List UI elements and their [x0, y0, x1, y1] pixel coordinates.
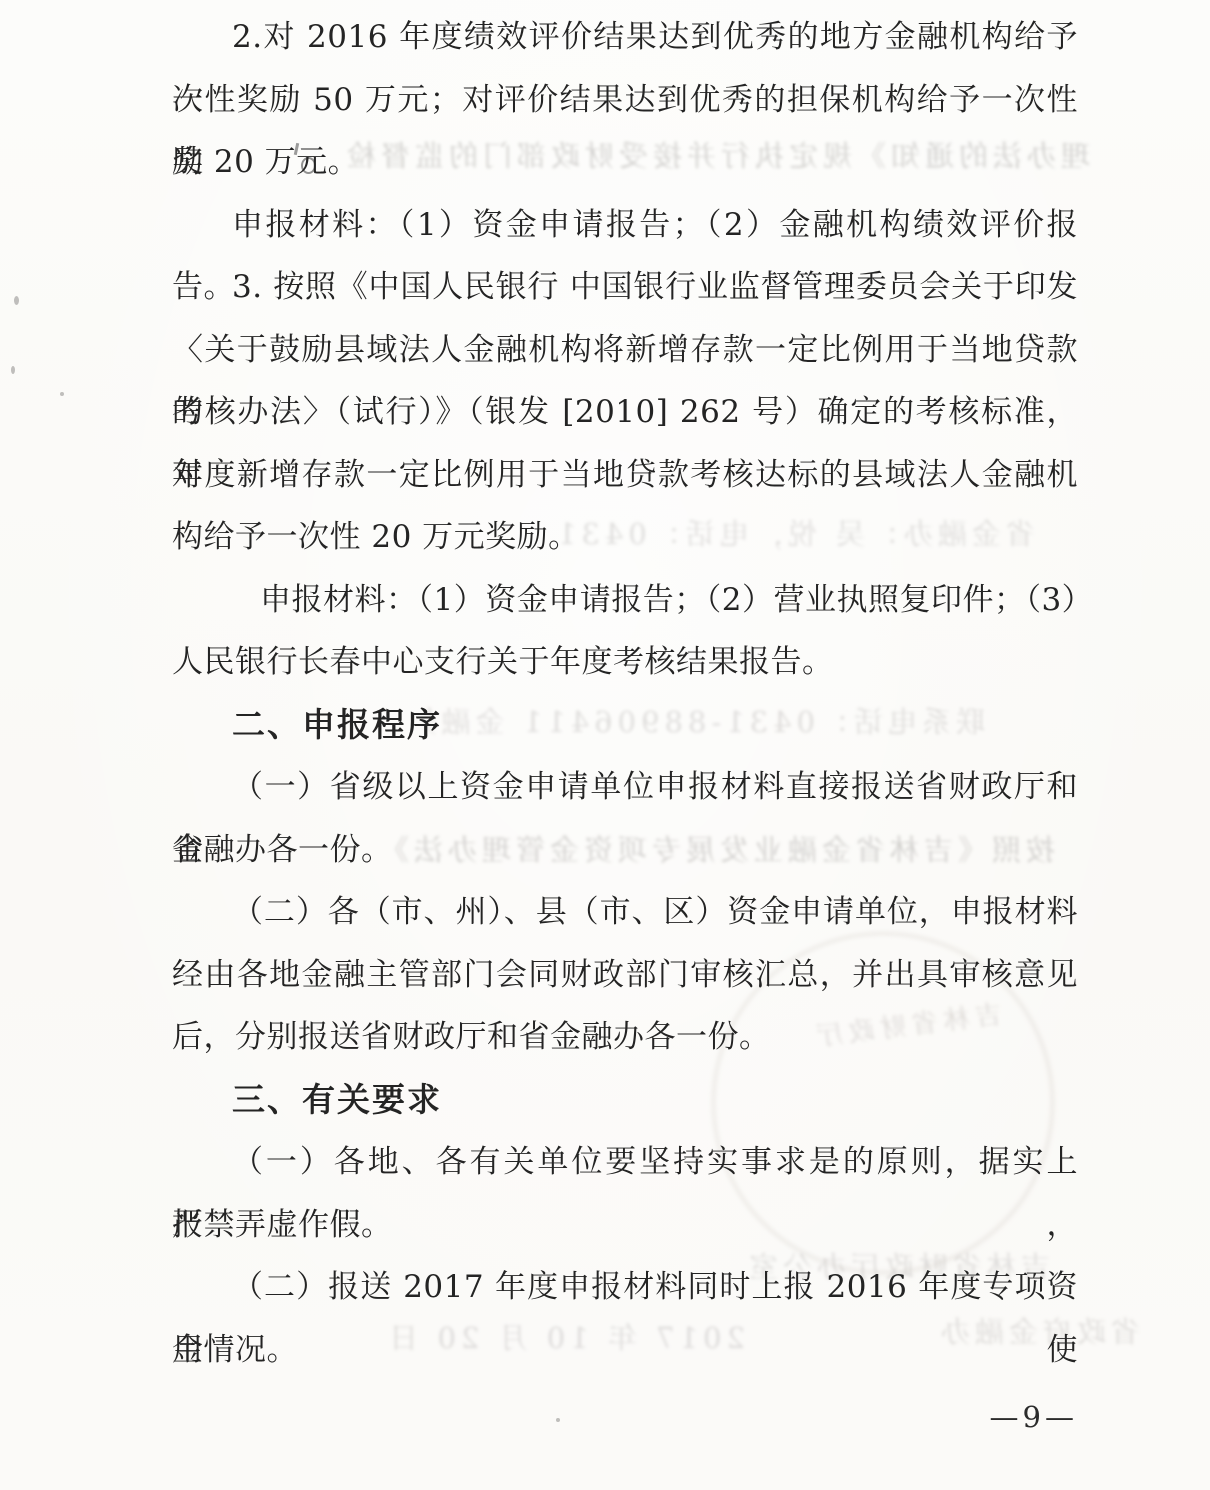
text-line: （一）各地、各有关单位要坚持实事求是的原则，据实上报， [172, 1131, 1078, 1194]
text-column: 2.对 2016 年度绩效评价结果达到优秀的地方金融机构给予一 次性奖励 50 … [172, 6, 1078, 1439]
text-line: 申报材料：（1）资金申请报告；（2）营业执照复印件；（3） [172, 569, 1078, 632]
scan-speck [11, 366, 15, 374]
text-line: 次性奖励 50 万元；对评价结果达到优秀的担保机构给予一次性奖 [172, 69, 1078, 132]
text-line: （一）省级以上资金申请单位申报材料直接报送省财政厅和省 [172, 756, 1078, 819]
text-line: （二）报送 2017 年度申报材料同时上报 2016 年度专项资金使 [172, 1256, 1078, 1319]
text-line: （二）各（市、州）、县（市、区）资金申请单位，申报材料 [172, 881, 1078, 944]
text-line: 经由各地金融主管部门会同财政部门审核汇总，并出具审核意见 [172, 944, 1078, 1007]
text-line: 年度新增存款一定比例用于当地贷款考核达标的县域法人金融机 [172, 444, 1078, 507]
text-line: 后，分别报送省财政厅和省金融办各一份。 [172, 1006, 1078, 1069]
page-number: —9— [172, 1395, 1078, 1439]
text-line: 3. 按照《中国人民银行 中国银行业监督管理委员会关于印发 [172, 256, 1078, 319]
text-line: 人民银行长春中心支行关于年度考核结果报告。 [172, 631, 1078, 694]
text-line: 考核办法〉（试行）》（银发 [2010] 262 号）确定的考核标准，对 [172, 381, 1078, 444]
text-line: 〈关于鼓励县域法人金融机构将新增存款一定比例用于当地贷款的 [172, 319, 1078, 382]
section-heading: 二、申报程序 [172, 694, 1078, 757]
text-line: 申报材料：（1）资金申请报告；（2）金融机构绩效评价报告。 [172, 194, 1078, 257]
text-line: 2.对 2016 年度绩效评价结果达到优秀的地方金融机构给予一 [172, 6, 1078, 69]
scan-speck [14, 296, 19, 305]
text-line: 励 20 万元。 [172, 131, 1078, 194]
text-line: 构给予一次性 20 万元奖励。 [172, 506, 1078, 569]
scanned-document-page: 理办法的通知》规定执行并接受财政部门的监督检查考核 省金融办：吴 悦，电话：04… [0, 0, 1210, 1490]
text-line: 金融办各一份。 [172, 819, 1078, 882]
section-heading: 三、有关要求 [172, 1069, 1078, 1132]
scan-speck [60, 392, 64, 396]
